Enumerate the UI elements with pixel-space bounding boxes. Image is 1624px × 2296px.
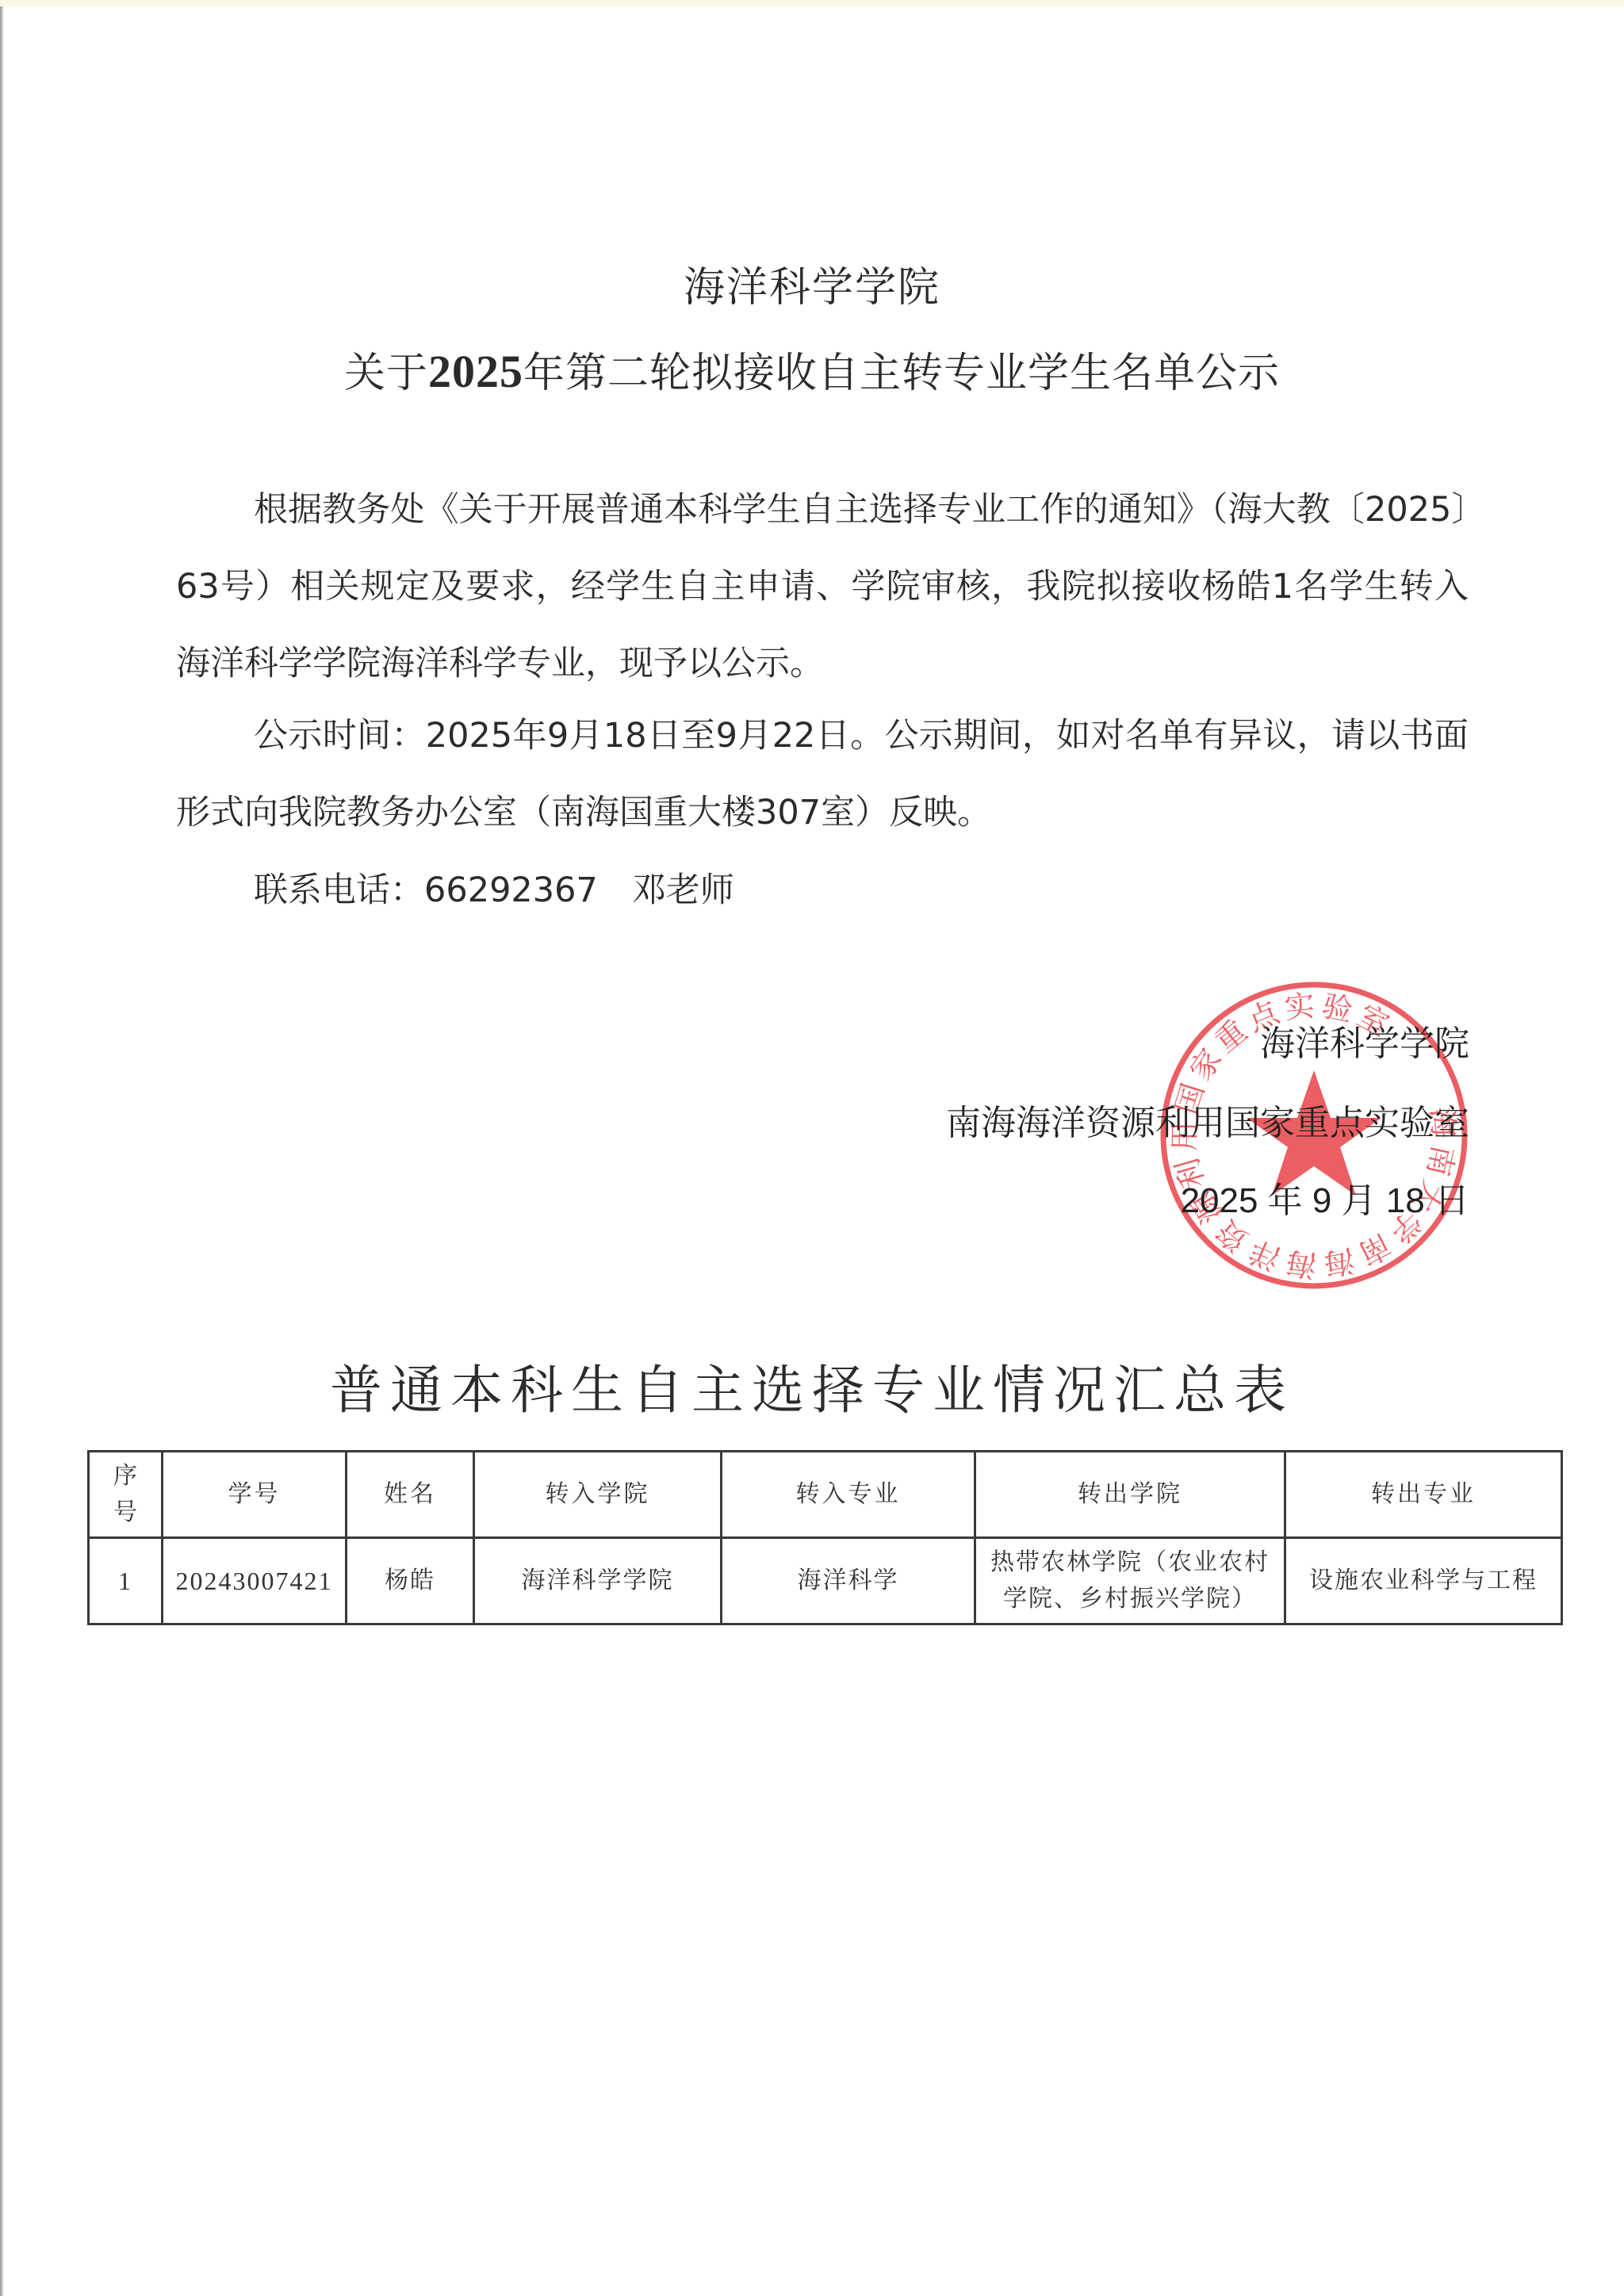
cell-from-college: 热带农林学院（农业农村学院、乡村振兴学院） (975, 1538, 1285, 1624)
paragraph-basis: 根据教务处《关于开展普通本科学生自主选择专业工作的通知》（海大教〔2025〕63… (176, 472, 1469, 702)
paragraph-contact: 联系电话：66292367 邓老师 (176, 852, 734, 929)
table-title: 普通本科生自主选择专业情况汇总表 (0, 1348, 1624, 1423)
signature-org-2: 南海海洋资源利用国家重点实验室 (946, 1094, 1469, 1145)
cell-to-college: 海洋科学学院 (474, 1538, 722, 1624)
paragraph-period: 公示时间：2025年9月18日至9月22日。公示期间，如对名单有异议，请以书面形… (176, 698, 1469, 851)
cell-index: 1 (89, 1538, 163, 1624)
cell-name: 杨皓 (347, 1538, 474, 1624)
header-name: 姓名 (347, 1452, 474, 1538)
title-prefix: 关于 (344, 350, 428, 397)
summary-table: 序号 学号 姓名 转入学院 转入专业 转出学院 转出专业 1 202430074… (87, 1450, 1563, 1625)
table-header-row: 序号 学号 姓名 转入学院 转入专业 转出学院 转出专业 (89, 1452, 1562, 1538)
signature-date: 2025 年 9 月 18 日 (1181, 1172, 1469, 1223)
table-row: 1 20243007421 杨皓 海洋科学学院 海洋科学 热带农林学院（农业农村… (89, 1538, 1562, 1624)
header-index: 序号 (89, 1452, 163, 1538)
cell-to-major: 海洋科学 (722, 1538, 975, 1624)
header-from-college: 转出学院 (975, 1452, 1285, 1538)
scan-top-band (0, 0, 1624, 6)
header-to-major: 转入专业 (722, 1452, 975, 1538)
title-year: 2025 (428, 346, 523, 397)
title-suffix: 年第二轮拟接收自主转专业学生名单公示 (523, 350, 1280, 397)
title-organization: 海洋科学学院 (0, 254, 1624, 313)
cell-from-major: 设施农业科学与工程 (1285, 1538, 1562, 1624)
header-student-id: 学号 (163, 1452, 347, 1538)
title-main: 关于2025年第二轮拟接收自主转专业学生名单公示 (0, 339, 1624, 399)
signature-org-1: 海洋科学学院 (1260, 1015, 1469, 1066)
cell-student-id: 20243007421 (163, 1538, 347, 1624)
header-to-college: 转入学院 (474, 1452, 722, 1538)
header-from-major: 转出专业 (1285, 1452, 1562, 1538)
